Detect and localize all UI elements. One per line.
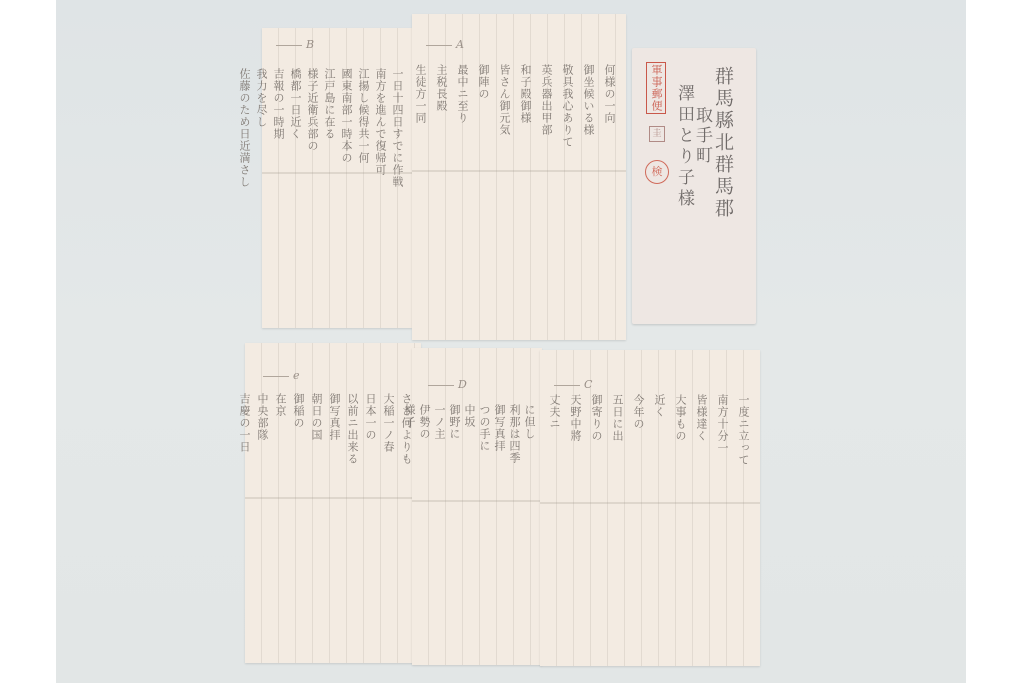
sheet-label: A [426,38,464,51]
letter-sheet-e: e ささ何よりも 大稲一ノ春 日本一の 以前ニ出来る 御写真拝 朝日の国 御稲の… [245,343,421,663]
handwritten-text: に但し 利那は四季 御写真拝 つの手に 中坂 御野に 一ノ主 伊勢の 様子 [403,404,536,644]
square-seal-icon: 圭 [649,126,665,142]
envelope: 軍事郵便 圭 検 群馬縣北群馬郡 取手町 澤田とり子樣 [632,48,756,324]
censor-seal-icon: 検 [645,160,669,184]
sheet-label: D [428,378,467,391]
handwritten-text: ささ何よりも 大稲一ノ春 日本一の 以前ニ出来る 御写真拝 朝日の国 御稲の 在… [238,393,413,643]
recipient-name: 澤田とり子樣 [672,84,697,210]
letter-sheet-a: A 何様の一向 御坐候いる様 敬具我心ありて 英兵器出甲部 和子殿御様 皆さん御… [412,14,626,340]
sheet-label: B [276,38,314,51]
letter-sheet-c: C 一度ニ立って 南方十分一 皆様達く 大事もの 近く 今年の 五日に出 御寄り… [540,350,760,666]
handwritten-text: 何様の一向 御坐候いる様 敬具我心ありて 英兵器出甲部 和子殿御様 皆さん御元気… [414,64,616,324]
handwritten-text: 一日十四日すでに作戦 南方を進んで復帰可 江揚し候得共一何 國東南部一時本の 江… [238,68,404,318]
handwritten-text: 一度ニ立って 南方十分一 皆様達く 大事もの 近く 今年の 五日に出 御寄りの … [548,394,750,644]
sheet-label: e [263,369,300,382]
letter-sheet-d: D に但し 利那は四季 御写真拝 つの手に 中坂 御野に 一ノ主 伊勢の 様子 [412,348,542,665]
sheet-label: C [554,378,592,391]
letter-sheet-b: B 一日十四日すでに作戦 南方を進んで復帰可 江揚し候得共一何 國東南部一時本の… [262,28,412,328]
military-mail-stamp: 軍事郵便 [646,62,666,114]
